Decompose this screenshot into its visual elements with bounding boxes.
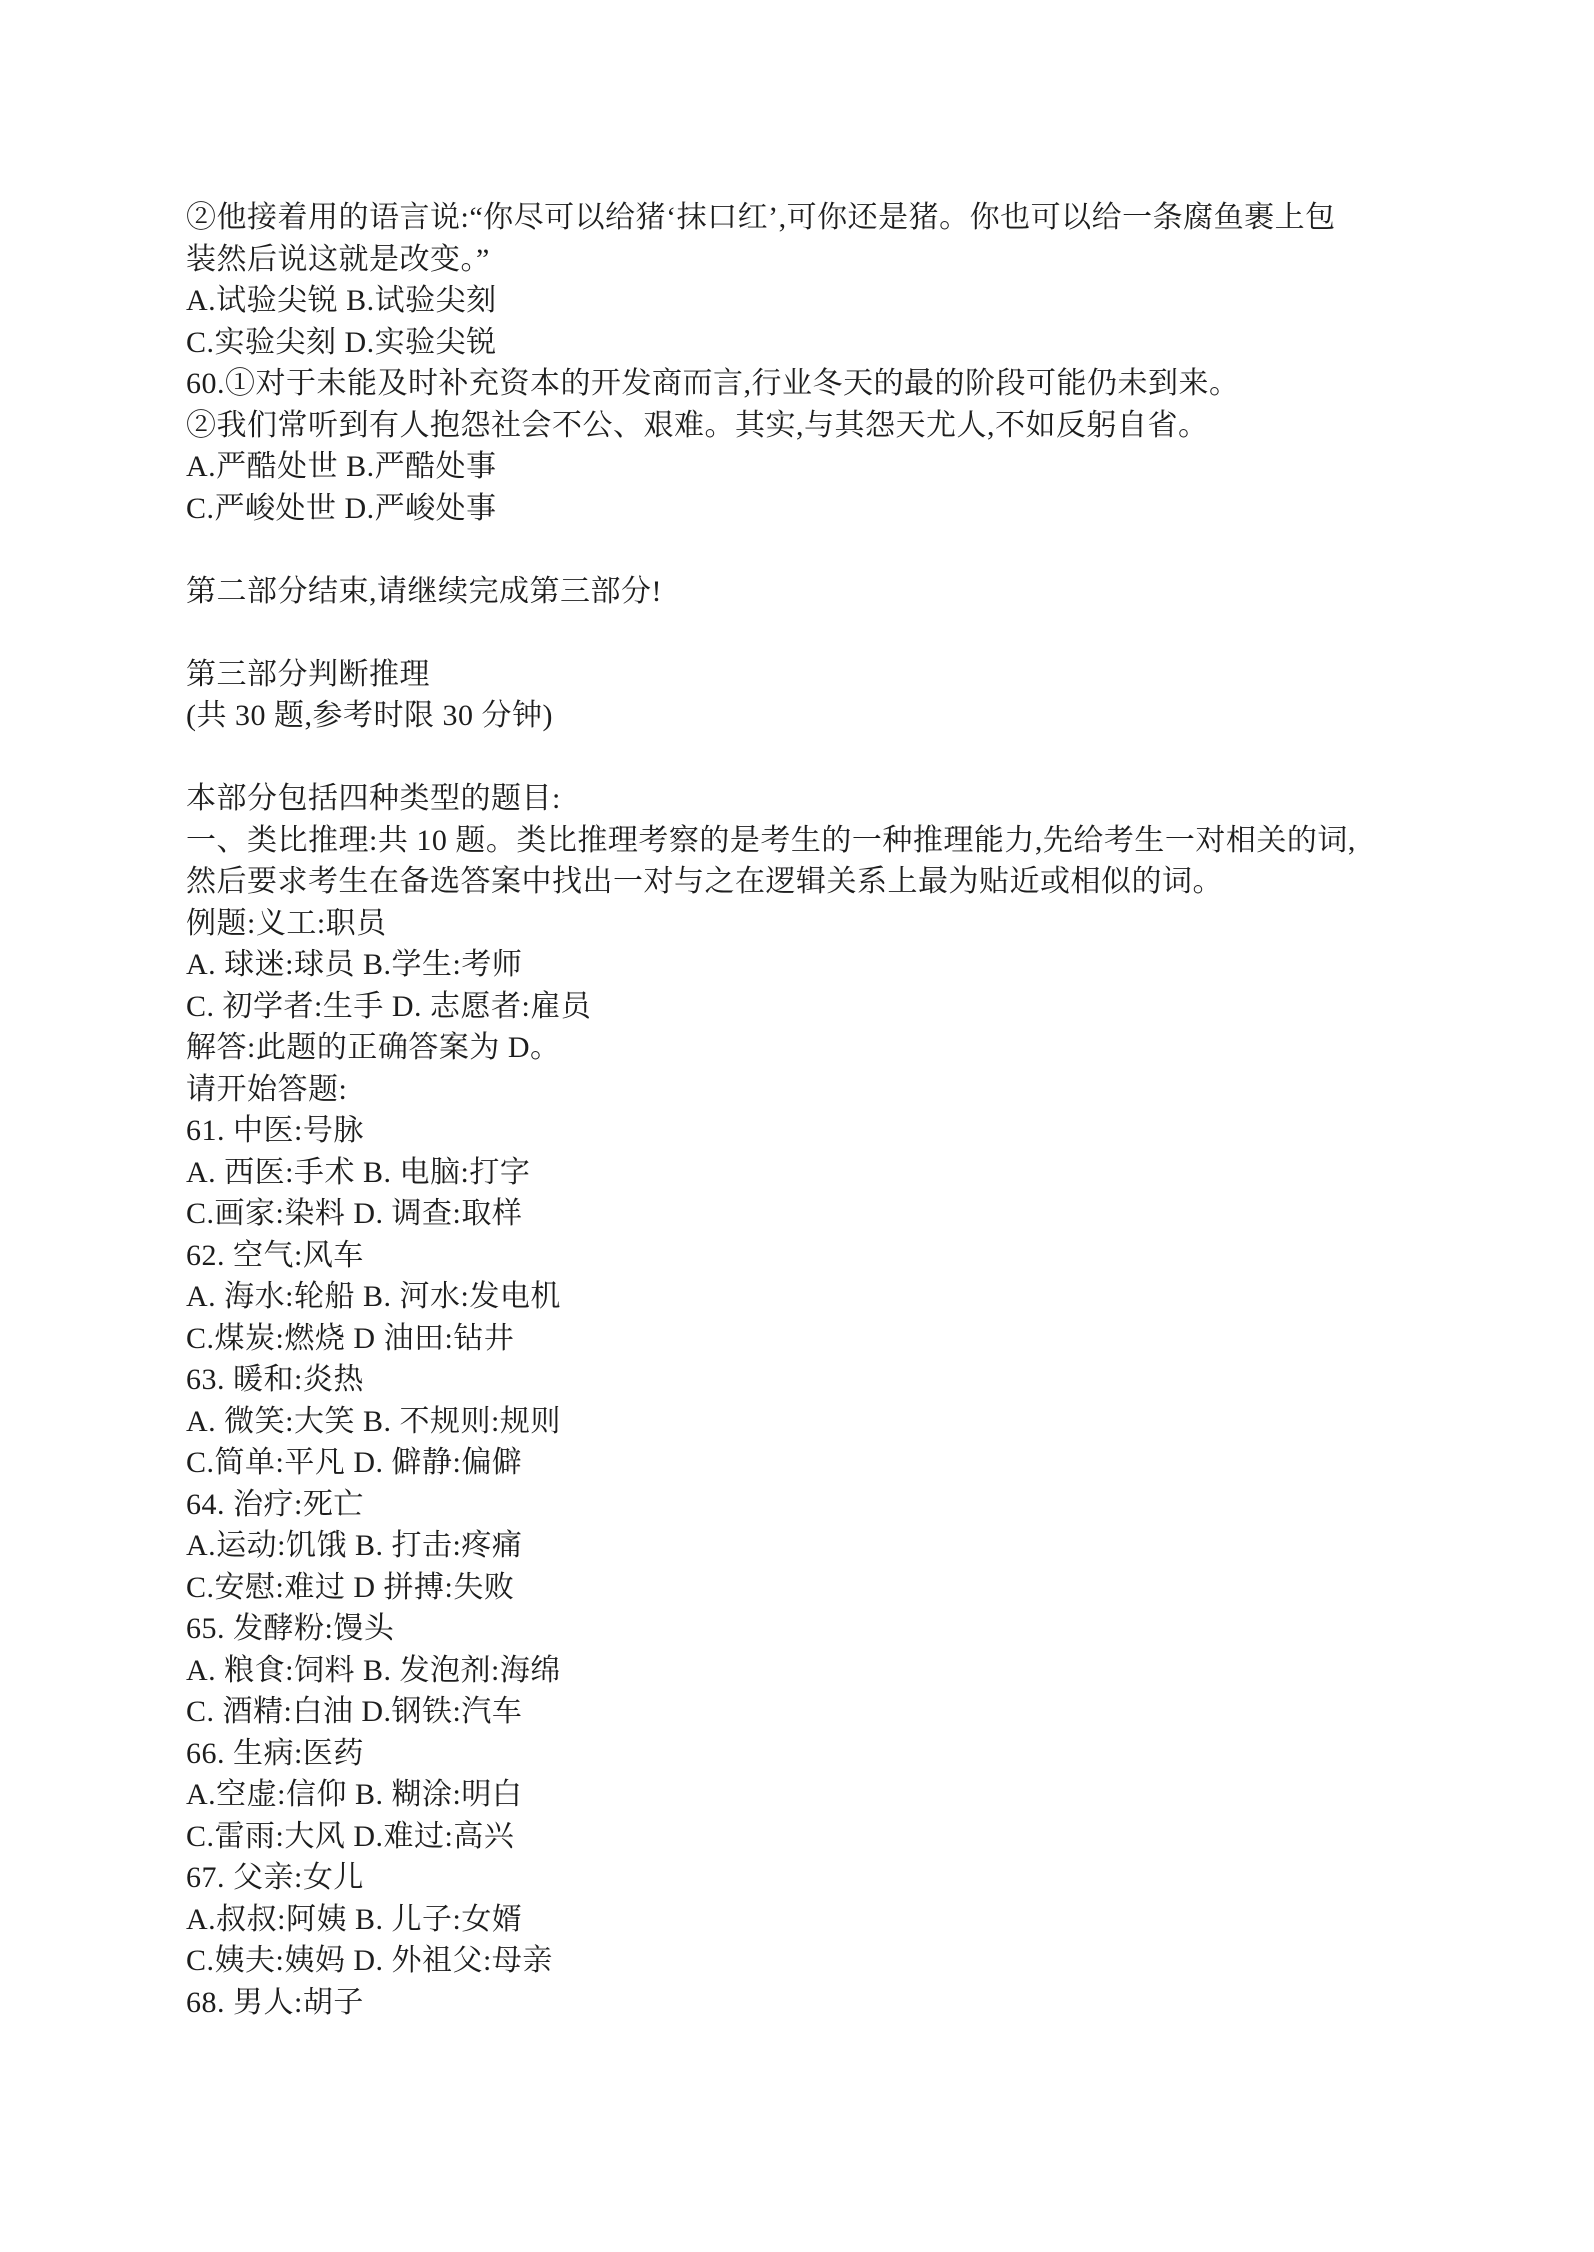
text-line: A.严酷处世 B.严酷处事 xyxy=(186,446,1516,488)
text-line: 请开始答题: xyxy=(186,1069,1516,1111)
text-line: A.试验尖锐 B.试验尖刻 xyxy=(186,280,1516,322)
text-line: 一、类比推理:共 10 题。类比推理考察的是考生的一种推理能力,先给考生一对相关… xyxy=(186,820,1516,862)
text-line: C. 酒精:白油 D.钢铁:汽车 xyxy=(186,1691,1516,1733)
text-line: C.雷雨:大风 D.难过:高兴 xyxy=(186,1816,1516,1858)
text-line: ②我们常听到有人抱怨社会不公、艰难。其实,与其怨天尤人,不如反躬自省。 xyxy=(186,405,1516,447)
text-line: 61. 中医:号脉 xyxy=(186,1110,1516,1152)
text-line: C.实验尖刻 D.实验尖锐 xyxy=(186,322,1516,364)
text-line: A.叔叔:阿姨 B. 儿子:女婿 xyxy=(186,1899,1516,1941)
text-line: 68. 男人:胡子 xyxy=(186,1982,1516,2024)
text-line: 64. 治疗:死亡 xyxy=(186,1484,1516,1526)
text-line: 本部分包括四种类型的题目: xyxy=(186,778,1516,820)
text-line: 62. 空气:风车 xyxy=(186,1235,1516,1277)
blank-line xyxy=(186,529,1516,571)
text-line: 然后要求考生在备选答案中找出一对与之在逻辑关系上最为贴近或相似的词。 xyxy=(186,861,1516,903)
text-line: ②他接着用的语言说:“你尽可以给猪‘抹口红’,可你还是猪。你也可以给一条腐鱼裹上… xyxy=(186,197,1516,239)
text-line: A. 微笑:大笑 B. 不规则:规则 xyxy=(186,1401,1516,1443)
text-line: 装然后说这就是改变。” xyxy=(186,239,1516,281)
blank-line xyxy=(186,737,1516,779)
document-body: ②他接着用的语言说:“你尽可以给猪‘抹口红’,可你还是猪。你也可以给一条腐鱼裹上… xyxy=(186,197,1516,2023)
text-line: 67. 父亲:女儿 xyxy=(186,1857,1516,1899)
text-line: C.安慰:难过 D 拼搏:失败 xyxy=(186,1567,1516,1609)
text-line: 解答:此题的正确答案为 D。 xyxy=(186,1027,1516,1069)
text-line: (共 30 题,参考时限 30 分钟) xyxy=(186,695,1516,737)
text-line: A.运动:饥饿 B. 打击:疼痛 xyxy=(186,1525,1516,1567)
text-line: A. 粮食:饲料 B. 发泡剂:海绵 xyxy=(186,1650,1516,1692)
document-page: ②他接着用的语言说:“你尽可以给猪‘抹口红’,可你还是猪。你也可以给一条腐鱼裹上… xyxy=(0,0,1594,2252)
text-line: C.姨夫:姨妈 D. 外祖父:母亲 xyxy=(186,1940,1516,1982)
text-line: A. 球迷:球员 B.学生:考师 xyxy=(186,944,1516,986)
text-line: C.画家:染料 D. 调查:取样 xyxy=(186,1193,1516,1235)
text-line: C.煤炭:燃烧 D 油田:钻井 xyxy=(186,1318,1516,1360)
text-line: C. 初学者:生手 D. 志愿者:雇员 xyxy=(186,986,1516,1028)
text-line: 例题:义工:职员 xyxy=(186,903,1516,945)
text-line: 65. 发酵粉:馒头 xyxy=(186,1608,1516,1650)
text-line: C.简单:平凡 D. 僻静:偏僻 xyxy=(186,1442,1516,1484)
text-line: C.严峻处世 D.严峻处事 xyxy=(186,488,1516,530)
text-line: A. 海水:轮船 B. 河水:发电机 xyxy=(186,1276,1516,1318)
text-line: A. 西医:手术 B. 电脑:打字 xyxy=(186,1152,1516,1194)
text-line: 第二部分结束,请继续完成第三部分! xyxy=(186,571,1516,613)
text-line: A.空虚:信仰 B. 糊涂:明白 xyxy=(186,1774,1516,1816)
text-line: 63. 暖和:炎热 xyxy=(186,1359,1516,1401)
blank-line xyxy=(186,612,1516,654)
text-line: 66. 生病:医药 xyxy=(186,1733,1516,1775)
text-line: 第三部分判断推理 xyxy=(186,654,1516,696)
text-line: 60.①对于未能及时补充资本的开发商而言,行业冬天的最的阶段可能仍未到来。 xyxy=(186,363,1516,405)
